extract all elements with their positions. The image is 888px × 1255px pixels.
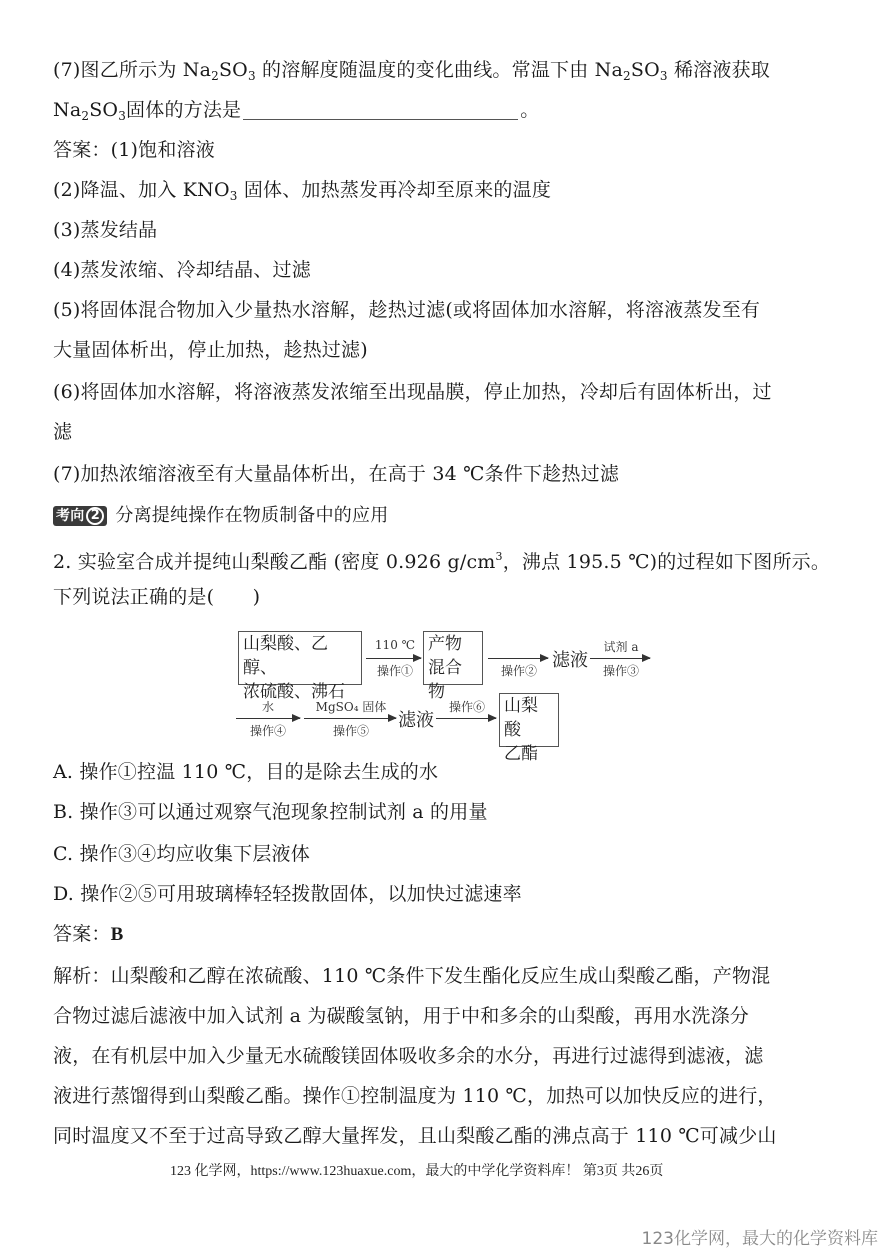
subscript: 3 [118, 109, 126, 123]
box-text: 混合物 [428, 656, 478, 704]
analysis-line-5: 同时温度又不至于过高导致乙醇大量挥发，且山梨酸乙酯的沸点高于 110 ℃可减少山 [53, 1124, 777, 1148]
tag-label: 考向 [56, 508, 84, 524]
subscript: 2 [623, 69, 631, 83]
box-reactants: 山梨酸、乙醇、 浓硫酸、沸石 [238, 631, 362, 685]
node-filtrate: 滤液 [398, 706, 434, 732]
answer-label: 答案： [53, 923, 111, 945]
text: 。 [520, 99, 539, 121]
analysis-line-3: 液，在有机层中加入少量无水硫酸镁固体吸收多余的水分，再进行过滤得到滤液，滤 [53, 1044, 763, 1068]
arrow-label: 操作① [368, 662, 422, 679]
subscript: 3 [660, 69, 668, 83]
option-c: C. 操作③④均应收集下层液体 [53, 842, 310, 866]
arrow-label: 110 ℃ [368, 638, 422, 652]
text: ，沸点 195.5 ℃)的过程如下图所示。 [503, 551, 830, 573]
box-text: 产物 [428, 632, 478, 656]
arrow-icon [590, 658, 650, 659]
analysis-line-1: 解析：山梨酸和乙醇在浓硫酸、110 ℃条件下发生酯化反应生成山梨酸乙酯，产物混 [53, 964, 770, 988]
watermark: 123化学网，最大的化学资料库 [642, 1224, 878, 1249]
answer-label: 答案： [53, 139, 111, 161]
answer-5-line-2: 大量固体析出，停止加热，趁热过滤) [53, 338, 368, 362]
box-text: 山梨酸、乙醇、 [243, 632, 357, 680]
text: Na [53, 99, 81, 121]
option-b: B. 操作③可以通过观察气泡现象控制试剂 a 的用量 [53, 800, 488, 824]
subscript: 3 [248, 69, 256, 83]
text: 稀溶液获取 [668, 59, 770, 81]
answer-value: B [111, 924, 124, 945]
text: 2. 实验室合成并提纯山梨酸乙酯 (密度 0.926 g/cm [53, 551, 496, 573]
page-footer: 123 化学网，https://www.123huaxue.com，最大的中学化… [170, 1160, 663, 1180]
answer-blank [243, 101, 518, 120]
text: 固体、加热蒸发再冷却至原来的温度 [238, 179, 551, 201]
question-2-line-2: 下列说法正确的是( ) [53, 585, 260, 609]
arrow-label: 操作③ [592, 662, 650, 679]
text: SO [89, 99, 118, 121]
arrow-icon [436, 718, 496, 719]
answer-5-line-1: (5)将固体混合物加入少量热水溶解，趁热过滤(或将固体加水溶解，将溶液蒸发至有 [53, 298, 760, 322]
text: 的溶解度随温度的变化曲线。常温下由 Na [256, 59, 623, 81]
answer-7: (7)加热浓缩溶液至有大量晶体析出，在高于 34 ℃条件下趁热过滤 [53, 462, 619, 486]
circled-number-icon: 2 [86, 507, 104, 525]
answer-text: (1)饱和溶液 [111, 139, 215, 161]
analysis-line-4: 液进行蒸馏得到山梨酸乙酯。操作①控制温度为 110 ℃，加热可以加快反应的进行， [53, 1084, 777, 1108]
text: SO [219, 59, 248, 81]
box-text: 山梨酸 [504, 694, 554, 742]
section-tag: 考向2 [53, 506, 107, 526]
subscript: 2 [211, 69, 219, 83]
arrow-label: 操作② [490, 662, 548, 679]
subscript: 3 [230, 189, 238, 203]
superscript: 3 [496, 550, 503, 563]
arrow-label: 试剂 a [592, 638, 650, 655]
answer-2: 答案：B [53, 922, 123, 947]
analysis-line-2: 合物过滤后滤液中加入试剂 a 为碳酸氢钠，用于中和多余的山梨酸，再用水洗涤分 [53, 1004, 749, 1028]
question-7-line-1: (7)图乙所示为 Na2SO3 的溶解度随温度的变化曲线。常温下由 Na2SO3… [53, 58, 770, 88]
arrow-icon [236, 718, 300, 719]
arrow-icon [366, 658, 421, 659]
arrow-label: 操作④ [238, 722, 298, 739]
answer-4: (4)蒸发浓缩、冷却结晶、过滤 [53, 258, 311, 282]
answer-6-line-1: (6)将固体加水溶解，将溶液蒸发浓缩至出现晶膜，停止加热，冷却后有固体析出，过 [53, 380, 772, 404]
question-2-line-1: 2. 实验室合成并提纯山梨酸乙酯 (密度 0.926 g/cm3，沸点 195.… [53, 545, 830, 574]
answer-1: 答案：(1)饱和溶液 [53, 138, 215, 162]
option-d: D. 操作②⑤可用玻璃棒轻轻拨散固体，以加快过滤速率 [53, 882, 522, 906]
section-title: 分离提纯操作在物质制备中的应用 [115, 505, 388, 526]
arrow-icon [488, 658, 548, 659]
question-7-line-2: Na2SO3固体的方法是。 [53, 98, 539, 128]
answer-6-line-2: 滤 [53, 420, 72, 444]
process-flow-diagram: 山梨酸、乙醇、 浓硫酸、沸石 110 ℃ 操作① 产物 混合物 操作② 滤液 试… [236, 628, 666, 748]
option-a: A. 操作①控温 110 ℃，目的是除去生成的水 [53, 760, 438, 784]
text: SO [631, 59, 660, 81]
arrow-label: 水 [238, 698, 298, 715]
answer-3: (3)蒸发结晶 [53, 218, 157, 242]
section-header: 考向2分离提纯操作在物质制备中的应用 [53, 503, 388, 528]
text: (2)降温、加入 KNO [53, 179, 230, 201]
text: (7)图乙所示为 Na [53, 59, 211, 81]
node-filtrate: 滤液 [552, 646, 588, 672]
box-final-product: 山梨酸 乙酯 [499, 693, 559, 747]
arrow-label: 操作⑥ [438, 698, 496, 715]
arrow-icon [304, 718, 396, 719]
answer-2: (2)降温、加入 KNO3 固体、加热蒸发再冷却至原来的温度 [53, 178, 551, 208]
arrow-label: MgSO₄ 固体 [306, 698, 396, 715]
text: 固体的方法是 [126, 99, 241, 121]
arrow-label: 操作⑤ [306, 722, 396, 739]
box-text: 乙酯 [504, 742, 554, 766]
box-product-mixture: 产物 混合物 [423, 631, 483, 685]
